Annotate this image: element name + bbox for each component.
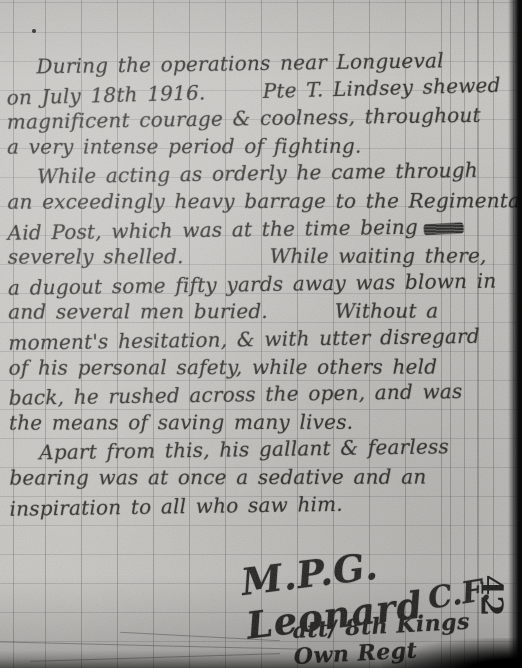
handwriting-text: Aid Post, which was at the time being <box>7 214 418 244</box>
scanned-letter-page: During the operations near Longuevalon J… <box>0 0 522 668</box>
handwriting-text: magnificent courage & coolness, througho… <box>7 103 481 134</box>
handwriting-text: severely shelled. While waiting there, <box>8 244 487 269</box>
handwriting-text: moment's hesitation, & with utter disreg… <box>8 324 480 355</box>
handwriting-text: a dugout some fifty yards away was blown… <box>8 268 497 299</box>
handwriting-text: and several men buried. Without a <box>8 299 438 324</box>
handwriting-line: severely shelled. While waiting there, <box>8 242 516 271</box>
letter-body: During the operations near Longuevalon J… <box>6 48 517 521</box>
paper-crease <box>30 653 280 662</box>
rotated-page-number: 42 <box>473 575 508 617</box>
handwriting-line: bearing was at once a sedative and an <box>9 463 517 492</box>
paper-crease <box>120 632 280 641</box>
handwriting-text: a very intense period of fighting. <box>7 134 362 159</box>
handwriting-line: moment's hesitation, & with utter disreg… <box>8 322 516 357</box>
handwriting-text: inspiration to all who saw him. <box>9 491 343 520</box>
handwriting-text: While acting as orderly he came through <box>37 158 478 189</box>
handwriting-line: and several men buried. Without a <box>8 298 516 327</box>
handwriting-text: of his personal safety, while others hel… <box>9 354 438 379</box>
paper-crease <box>0 641 300 649</box>
handwriting-line: While acting as orderly he came through <box>7 157 515 192</box>
handwriting-line: Apart from this, his gallant & fearless <box>9 433 517 468</box>
handwriting-line: inspiration to all who saw him. <box>9 488 517 523</box>
handwriting-line: back, he rushed across the open, and was <box>9 377 517 412</box>
scan-edge-bottom <box>0 650 522 668</box>
handwriting-text: back, he rushed across the open, and was <box>9 379 463 410</box>
ink-speck <box>32 29 36 33</box>
handwriting-text: bearing was at once a sedative and an <box>9 464 426 489</box>
handwriting-line: an exceedingly heavy barrage to the Regi… <box>7 187 515 216</box>
struck-out-word <box>424 222 464 235</box>
handwriting-line: magnificent courage & coolness, througho… <box>7 101 515 136</box>
handwriting-text: the means of saving many lives. <box>9 409 353 434</box>
handwriting-text: Apart from this, his gallant & fearless <box>39 435 449 465</box>
handwriting-text: an exceedingly heavy barrage to the Regi… <box>7 188 522 213</box>
scan-shadow-corner <box>382 638 522 668</box>
